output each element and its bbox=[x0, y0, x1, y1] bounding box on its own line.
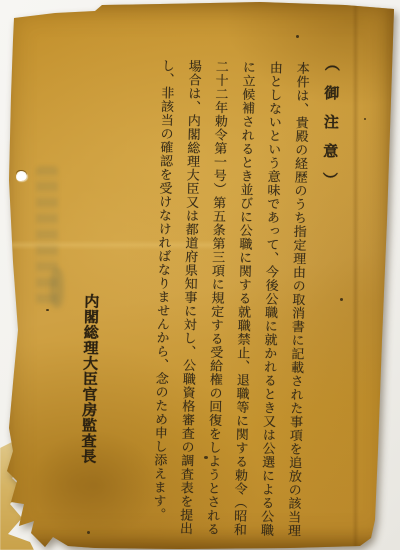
scanned-document-background: （御注意） 本件は、貴殿の経歴のうち指定理由の取消書に記載された事項を追放の該当… bbox=[0, 0, 400, 550]
signature: 内閣総理大臣官房監査長 bbox=[76, 293, 104, 493]
paper-shadow-wrapper: （御注意） 本件は、貴殿の経歴のうち指定理由の取消書に記載された事項を追放の該当… bbox=[0, 0, 400, 550]
document-body: 本件は、貴殿の経歴のうち指定理由の取消書に記載された事項を追放の該当理 由としな… bbox=[142, 59, 315, 544]
document-content: （御注意） 本件は、貴殿の経歴のうち指定理由の取消書に記載された事項を追放の該当… bbox=[0, 0, 400, 550]
document-paper: （御注意） 本件は、貴殿の経歴のうち指定理由の取消書に記載された事項を追放の該当… bbox=[0, 0, 400, 550]
document-heading: （御注意） bbox=[314, 56, 345, 256]
